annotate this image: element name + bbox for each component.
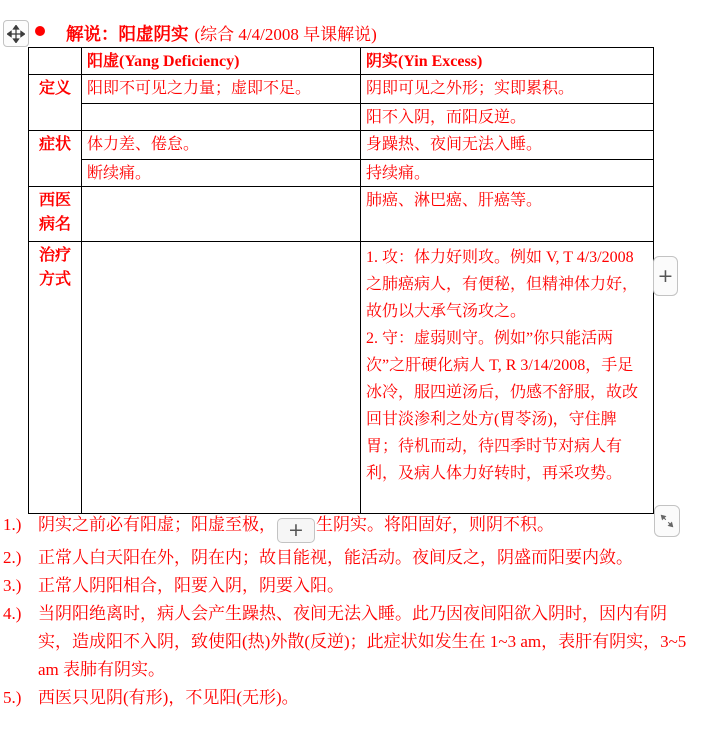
header-yang-deficiency: 阳虚(Yang Deficiency): [82, 48, 361, 75]
cell-treatment-yin: 1. 攻：体力好则攻。例如 V, T 4/3/2008 之肺癌病人，有便秘，但精…: [361, 242, 654, 514]
cell-western-yang: [82, 187, 361, 242]
row-label-symptoms: 症状: [29, 131, 82, 187]
note-number: 2.): [3, 544, 38, 572]
cell-treatment-yang: [82, 242, 361, 514]
row-label-definition: 定义: [29, 75, 82, 131]
title-suffix: (综合 4/4/2008 早课解说): [195, 25, 377, 44]
header-yin-excess: 阴实(Yin Excess): [361, 48, 654, 75]
treatment-attack-paragraph: 1. 攻：体力好则攻。例如 V, T 4/3/2008 之肺癌病人，有便秘，但精…: [366, 244, 648, 325]
comparison-table: 阳虚(Yang Deficiency) 阴实(Yin Excess) 定义 阳即…: [28, 47, 654, 514]
title-main: 解说：阳虚阴实: [66, 24, 189, 44]
note-number: 1.): [3, 511, 38, 544]
treatment-defend-paragraph: 2. 守：虚弱则守。例如”你只能活两次”之肝硬化病人 T, R 3/14/200…: [366, 325, 648, 487]
note-number: 3.): [3, 572, 38, 600]
header-empty-cell: [29, 48, 82, 75]
list-bullet-icon: [35, 26, 45, 36]
add-column-right-button[interactable]: +: [653, 256, 678, 296]
note-text-before: 阴实之前必有阳虚；阳虚至极，: [38, 515, 276, 534]
note-number: 5.): [3, 684, 38, 712]
note-text: 正常人阴阳相合，阳要入阴，阴要入阳。: [38, 572, 703, 600]
cell-symptoms-yin-1: 身躁热、夜间无法入睡。: [361, 131, 654, 160]
cell-definition-yin-1: 阴即可见之外形；实即累积。: [361, 75, 654, 104]
add-row-bottom-button[interactable]: +: [277, 518, 315, 543]
move-handle-button[interactable]: [3, 20, 29, 47]
note-text-after: 生阴实。将阳固好，则阴不积。: [316, 515, 554, 534]
diagonal-resize-icon: [659, 513, 675, 529]
note-text: 当阴阳绝离时，病人会产生躁热、夜间无法入睡。此乃因夜间阳欲入阴时，因内有阴实，造…: [38, 600, 703, 684]
plus-icon: +: [658, 267, 674, 286]
plus-icon: +: [288, 521, 304, 540]
notes-list: 1.) 阴实之前必有阳虚；阳虚至极，+生阴实。将阳固好，则阴不积。 2.) 正常…: [3, 511, 703, 712]
cell-definition-yang-2: [82, 104, 361, 131]
list-item: 5.) 西医只见阴(有形)，不见阳(无形)。: [3, 684, 703, 712]
resize-table-button[interactable]: [654, 505, 680, 537]
cell-definition-yang-1: 阳即不可见之力量；虚即不足。: [82, 75, 361, 104]
note-text: 西医只见阴(有形)，不见阳(无形)。: [38, 684, 703, 712]
list-item: 2.) 正常人白天阳在外，阴在内；故目能视，能活动。夜间反之，阴盛而阳要内敛。: [3, 544, 703, 572]
list-item: 4.) 当阴阳绝离时，病人会产生躁热、夜间无法入睡。此乃因夜间阳欲入阴时，因内有…: [3, 600, 703, 684]
row-label-western-disease: 西医病名: [29, 187, 82, 242]
cell-symptoms-yang-1: 体力差、倦怠。: [82, 131, 361, 160]
document-page: 解说：阳虚阴实(综合 4/4/2008 早课解说) 阳虚(Yang Defici…: [0, 0, 708, 742]
row-label-treatment: 治疗方式: [29, 242, 82, 514]
cell-symptoms-yin-2: 持续痛。: [361, 160, 654, 187]
move-cross-icon: [7, 25, 25, 43]
page-title: 解说：阳虚阴实(综合 4/4/2008 早课解说): [66, 20, 377, 46]
note-number: 4.): [3, 600, 38, 684]
note-text: 正常人白天阳在外，阴在内；故目能视，能活动。夜间反之，阴盛而阳要内敛。: [38, 544, 703, 572]
list-item: 1.) 阴实之前必有阳虚；阳虚至极，+生阴实。将阳固好，则阴不积。: [3, 511, 703, 544]
note-text: 阴实之前必有阳虚；阳虚至极，+生阴实。将阳固好，则阴不积。: [38, 511, 703, 544]
list-item: 3.) 正常人阴阳相合，阳要入阴，阴要入阳。: [3, 572, 703, 600]
cell-western-yin: 肺癌、淋巴癌、肝癌等。: [361, 187, 654, 242]
cell-definition-yin-2: 阳不入阴，而阳反逆。: [361, 104, 654, 131]
cell-symptoms-yang-2: 断续痛。: [82, 160, 361, 187]
